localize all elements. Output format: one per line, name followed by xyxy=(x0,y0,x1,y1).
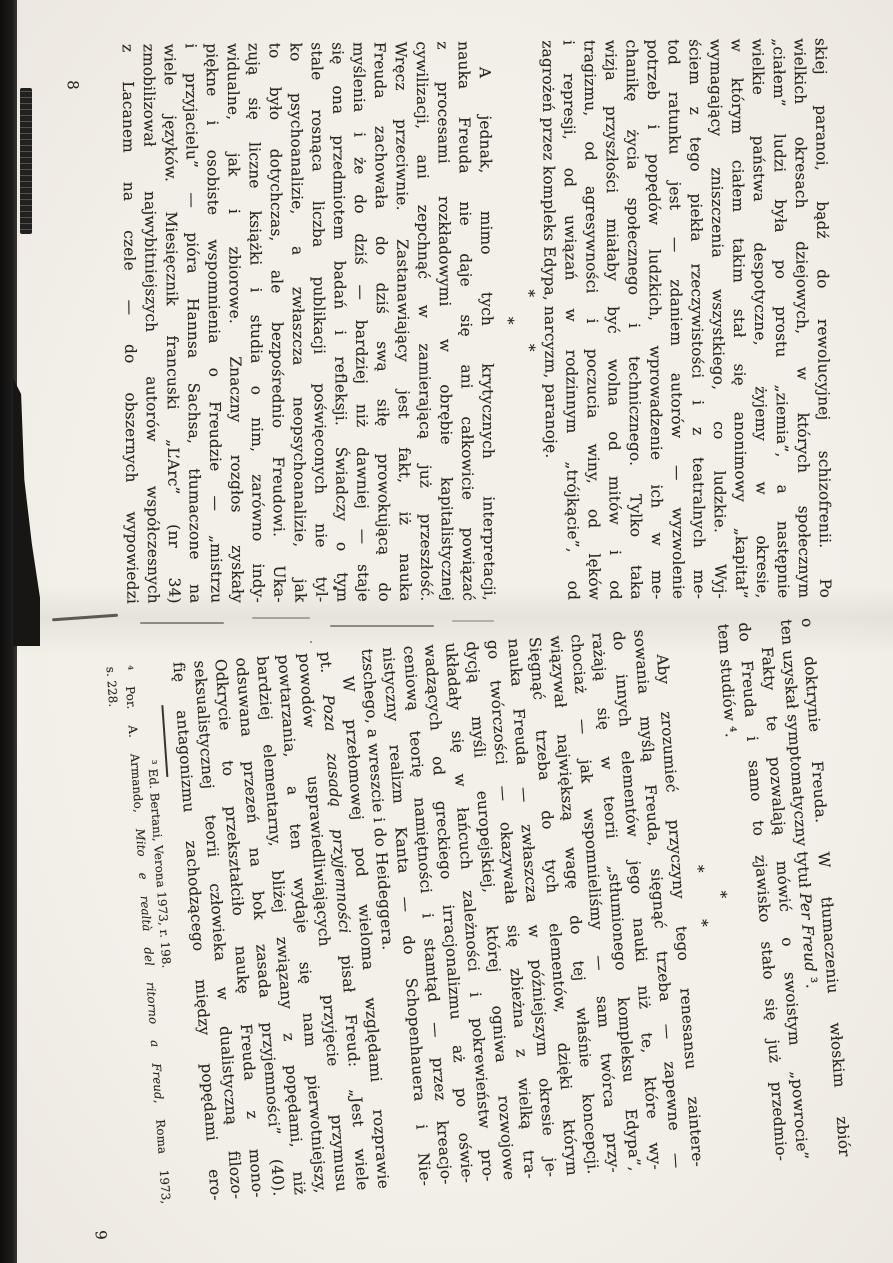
gutter-streak xyxy=(52,614,118,622)
gutter-streak xyxy=(252,617,310,619)
gutter-streak xyxy=(140,622,224,624)
page-number-9: 9 xyxy=(91,1230,110,1241)
scan-edge-texture xyxy=(20,88,32,234)
footnote-separator xyxy=(162,705,169,777)
page-8: skiej paranoi, bądź do rewolucyjnej schi… xyxy=(117,38,836,604)
page-8-text: skiej paranoi, bądź do rewolucyjnej schi… xyxy=(117,38,836,604)
page-number-8: 8 xyxy=(64,80,82,90)
page-9: o doktrynie Freuda. W tłumaczeniu włoski… xyxy=(106,617,855,1205)
gutter-streak xyxy=(452,620,494,622)
page-9-text: o doktrynie Freuda. W tłumaczeniu włoski… xyxy=(102,617,855,1206)
scan-gutter-blotch xyxy=(13,378,40,646)
scanned-book-spread: skiej paranoi, bądź do rewolucyjnej schi… xyxy=(0,0,893,1263)
gutter-streak xyxy=(330,625,434,627)
ink-speck xyxy=(310,641,312,643)
